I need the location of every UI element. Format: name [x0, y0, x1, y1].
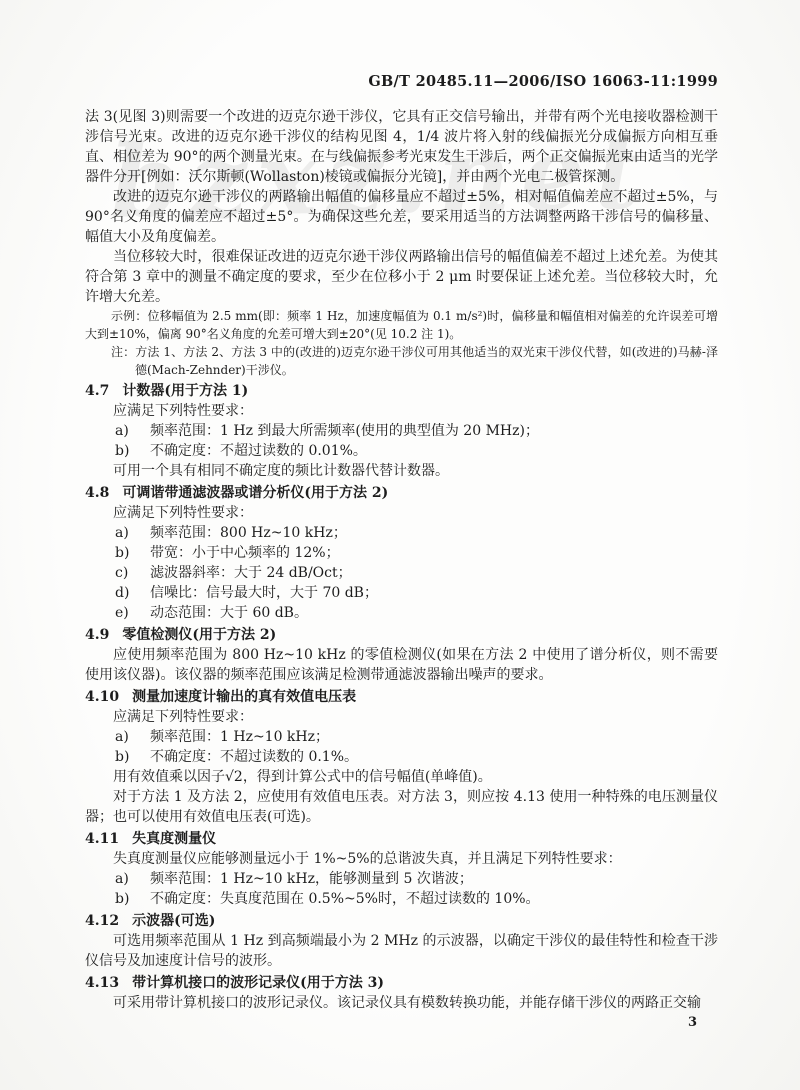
section-number: 4.8 [85, 485, 109, 501]
section-title: 测量加速度计输出的真有效值电压表 [132, 689, 356, 705]
section-number: 4.12 [85, 913, 119, 929]
paragraph: 可选用频率范围从 1 Hz 到高频端最小为 2 MHz 的示波器，以确定干涉仪的… [85, 931, 718, 971]
list-marker: e) [115, 603, 150, 623]
paragraph: 可采用带计算机接口的波形记录仪。该记录仪具有模数转换功能，并能存储干涉仪的两路正… [85, 993, 718, 1013]
page-number: 3 [688, 1015, 697, 1030]
list-marker: a) [115, 869, 150, 889]
list-marker: a) [115, 727, 150, 747]
list-item: a)频率范围：800 Hz~10 kHz； [115, 523, 718, 543]
document-content: 法 3(见图 3)则需要一个改进的迈克尔逊干涉仪，它具有正交信号输出，并带有两个… [85, 107, 718, 1013]
list-marker: d) [115, 583, 150, 603]
list-item-text: 带宽：小于中心频率的 12%； [150, 543, 718, 563]
list-marker: b) [115, 747, 150, 767]
list-item: c)滤波器斜率：大于 24 dB/Oct； [115, 563, 718, 583]
list-item-text: 频率范围：1 Hz~10 kHz，能够测量到 5 次谐波； [150, 869, 718, 889]
list-item-text: 不确定度：失真度范围在 0.5%~5%时，不超过读数的 10%。 [150, 889, 718, 909]
list-item: d)信噪比：信号最大时，大于 70 dB； [115, 583, 718, 603]
list-marker: c) [115, 563, 150, 583]
list-item: e)动态范围：大于 60 dB。 [115, 603, 718, 623]
paragraph: 对于方法 1 及方法 2，应使用有效值电压表。对方法 3，则应按 4.13 使用… [85, 787, 718, 827]
list-item: b)不确定度：失真度范围在 0.5%~5%时，不超过读数的 10%。 [115, 889, 718, 909]
section-title: 示波器(可选) [132, 913, 215, 929]
section-number: 4.11 [85, 831, 119, 847]
example-paragraph: 示例：位移幅值为 2.5 mm(即：频率 1 Hz，加速度幅值为 0.1 m/s… [85, 308, 718, 343]
list-item-text: 不确定度：不超过读数的 0.1%。 [150, 747, 718, 767]
paragraph: 改进的迈克尔逊干涉仪的两路输出幅值的偏移量应不超过±5%，相对幅值偏差应不超过±… [85, 187, 718, 247]
section-heading: 4.11失真度测量仪 [85, 829, 718, 849]
section-heading: 4.10测量加速度计输出的真有效值电压表 [85, 687, 718, 707]
section-number: 4.9 [85, 627, 109, 643]
paragraph: 应满足下列特性要求： [85, 707, 718, 727]
list-item-text: 信噪比：信号最大时，大于 70 dB； [150, 583, 718, 603]
document-page: bzxz.net GB/T 20485.11—2006/ISO 16063-11… [0, 0, 800, 1090]
paragraph: 应满足下列特性要求： [85, 503, 718, 523]
section-heading: 4.9零值检测仪(用于方法 2) [85, 625, 718, 645]
list-item-text: 动态范围：大于 60 dB。 [150, 603, 718, 623]
section-heading: 4.7计数器(用于方法 1) [85, 381, 718, 401]
list-item-text: 频率范围：1 Hz~10 kHz； [150, 727, 718, 747]
standard-number-header: GB/T 20485.11—2006/ISO 16063-11:1999 [85, 72, 718, 92]
list-item-text: 频率范围：800 Hz~10 kHz； [150, 523, 718, 543]
section-heading: 4.12示波器(可选) [85, 911, 718, 931]
paragraph: 法 3(见图 3)则需要一个改进的迈克尔逊干涉仪，它具有正交信号输出，并带有两个… [85, 107, 718, 187]
list-item: b)不确定度：不超过读数的 0.01%。 [115, 441, 718, 461]
paragraph: 当位移较大时，很难保证改进的迈克尔逊干涉仪两路输出信号的幅值偏差不超过上述允差。… [85, 247, 718, 307]
list-marker: a) [115, 523, 150, 543]
section-title: 失真度测量仪 [132, 831, 216, 847]
list-item: b)带宽：小于中心频率的 12%； [115, 543, 718, 563]
paragraph: 失真度测量仪应能够测量远小于 1%~5%的总谐波失真，并且满足下列特性要求： [85, 849, 718, 869]
section-title: 计数器(用于方法 1) [122, 383, 248, 399]
list-item: b)不确定度：不超过读数的 0.1%。 [115, 747, 718, 767]
list-item-text: 频率范围：1 Hz 到最大所需频率(使用的典型值为 20 MHz)； [150, 421, 718, 441]
section-title: 零值检测仪(用于方法 2) [122, 627, 276, 643]
paragraph: 用有效值乘以因子√2，得到计算公式中的信号幅值(单峰值)。 [85, 767, 718, 787]
list-marker: b) [115, 889, 150, 909]
section-number: 4.7 [85, 383, 109, 399]
list-marker: b) [115, 441, 150, 461]
section-title: 可调谐带通滤波器或谱分析仪(用于方法 2) [122, 485, 388, 501]
section-title: 带计算机接口的波形记录仪(用于方法 3) [132, 975, 384, 991]
note-paragraph: 注：方法 1、方法 2、方法 3 中的(改进的)迈克尔逊干涉仪可用其他适当的双光… [85, 344, 718, 379]
paragraph: 应使用频率范围为 800 Hz~10 kHz 的零值检测仪(如果在方法 2 中使… [85, 645, 718, 685]
list-item-text: 滤波器斜率：大于 24 dB/Oct； [150, 563, 718, 583]
list-marker: a) [115, 421, 150, 441]
section-heading: 4.8可调谐带通滤波器或谱分析仪(用于方法 2) [85, 483, 718, 503]
paragraph: 应满足下列特性要求： [85, 401, 718, 421]
section-heading: 4.13带计算机接口的波形记录仪(用于方法 3) [85, 973, 718, 993]
document-content-wrapper: GB/T 20485.11—2006/ISO 16063-11:1999 法 3… [85, 72, 718, 1013]
section-number: 4.10 [85, 689, 119, 705]
section-number: 4.13 [85, 975, 119, 991]
list-item: a)频率范围：1 Hz~10 kHz，能够测量到 5 次谐波； [115, 869, 718, 889]
list-marker: b) [115, 543, 150, 563]
list-item: a)频率范围：1 Hz 到最大所需频率(使用的典型值为 20 MHz)； [115, 421, 718, 441]
list-item-text: 不确定度：不超过读数的 0.01%。 [150, 441, 718, 461]
list-item: a)频率范围：1 Hz~10 kHz； [115, 727, 718, 747]
paragraph: 可用一个具有相同不确定度的频比计数器代替计数器。 [85, 461, 718, 481]
